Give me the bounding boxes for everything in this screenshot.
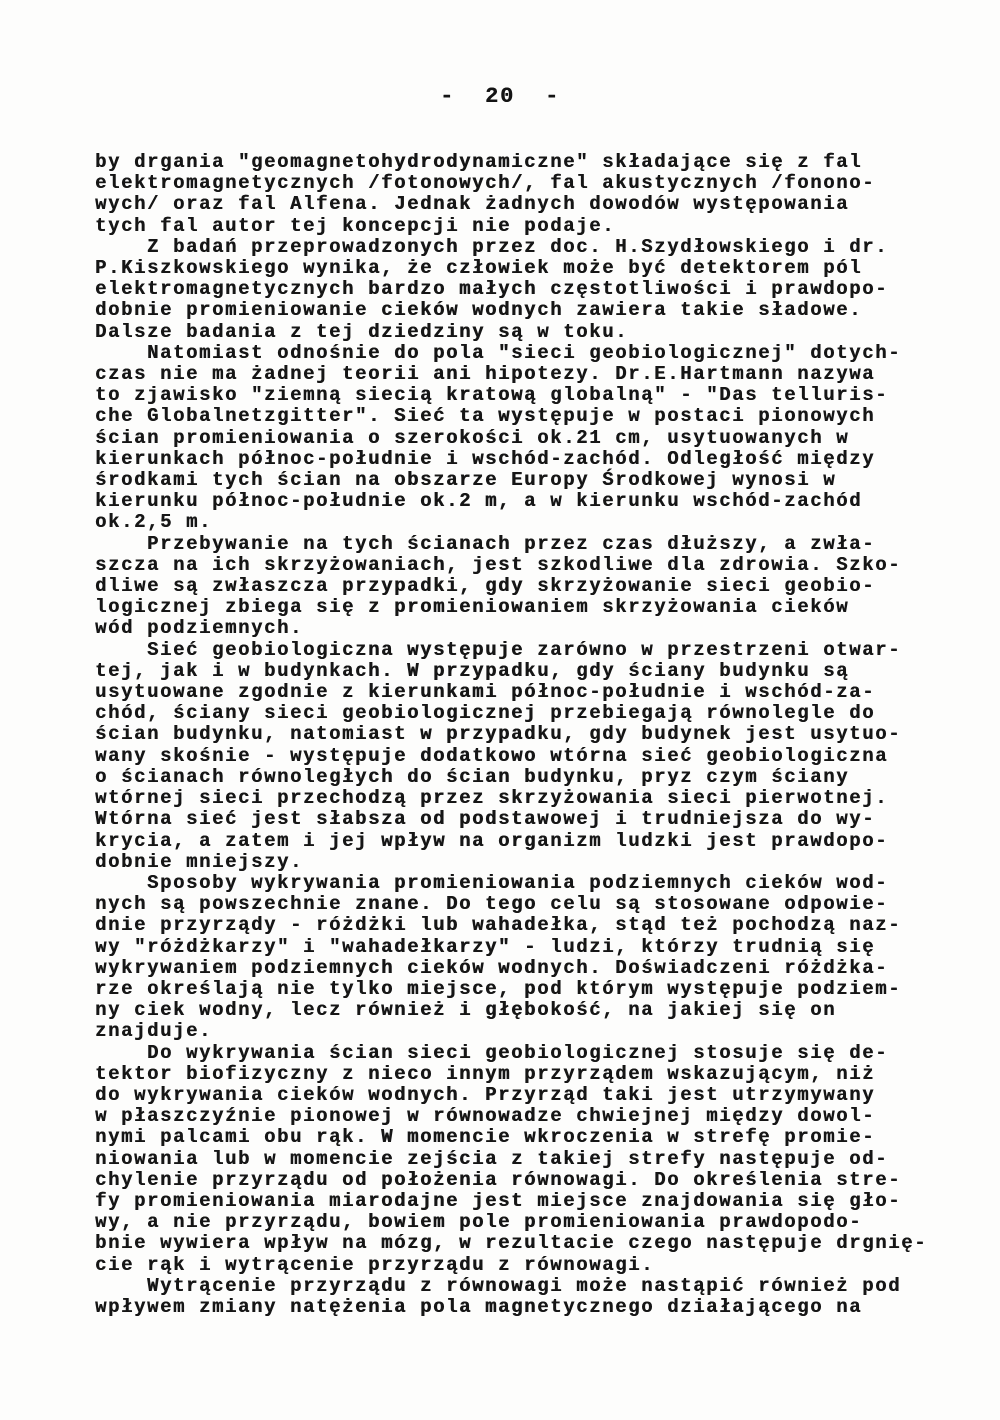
document-body-text: by drgania "geomagnetohydrodynamiczne" s…: [95, 152, 927, 1318]
page-number: - 20 -: [0, 86, 1000, 108]
scanned-document-page: - 20 - by drgania "geomagnetohydrodynami…: [0, 0, 1000, 1420]
